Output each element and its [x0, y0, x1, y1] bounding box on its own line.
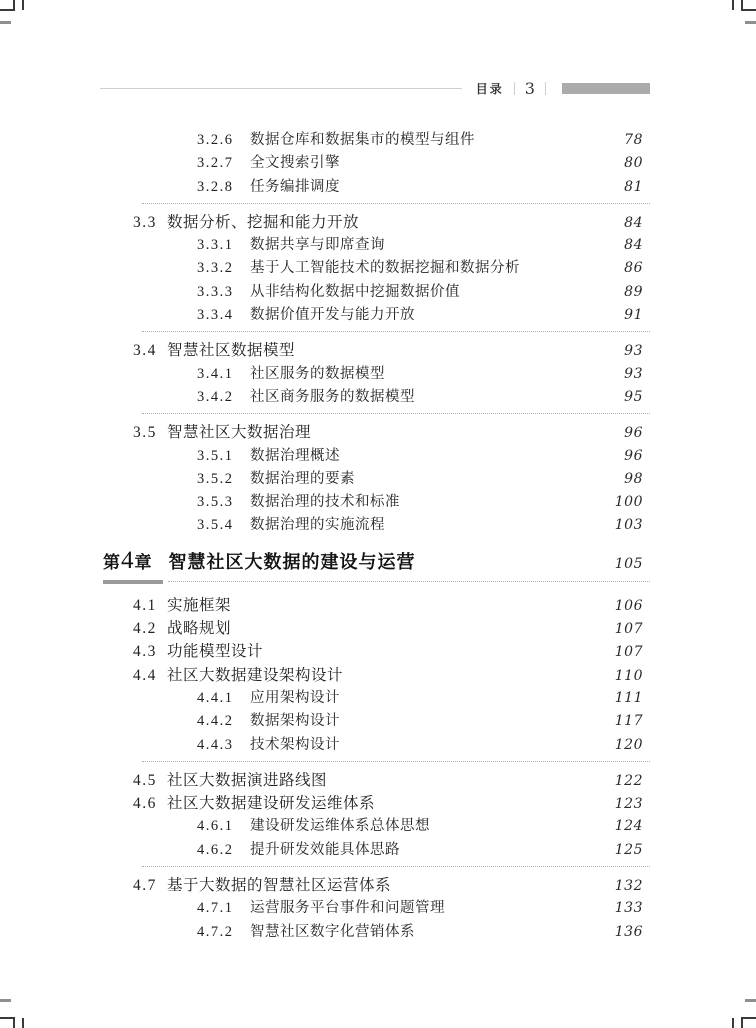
- toc-item-title: 数据分析、挖掘和能力开放: [167, 210, 359, 232]
- header-rule: [100, 88, 462, 89]
- toc-item-page: 98: [624, 471, 650, 487]
- toc-item-number: 3.2.8: [197, 179, 250, 196]
- toc-row: 3.5.4数据治理的实施流程103: [100, 513, 650, 536]
- group-separator: [142, 331, 650, 332]
- toc-item-title: 社区服务的数据模型: [250, 362, 385, 383]
- page-header: 目录 | 3 |: [100, 80, 650, 96]
- toc-row: 4.5社区大数据演进路线图122: [100, 768, 650, 791]
- toc-item-page: 93: [624, 343, 650, 359]
- chapter-page: 105: [615, 556, 650, 572]
- toc-item-title: 战略规划: [167, 616, 231, 638]
- toc-item-number: 4.7.1: [197, 900, 250, 917]
- toc-row: 4.4社区大数据建设架构设计110: [100, 663, 650, 686]
- toc-row: 4.7.2智慧社区数字化营销体系136: [100, 920, 650, 943]
- toc-item-number: 4.4.2: [197, 713, 250, 730]
- toc-row: 3.2.6数据仓库和数据集市的模型与组件78: [100, 128, 650, 151]
- toc-item-title: 智慧社区数据模型: [167, 338, 295, 360]
- header-gray-bar: [562, 83, 650, 94]
- toc-row: 4.7.1运营服务平台事件和问题管理133: [100, 896, 650, 919]
- group-separator: [142, 203, 650, 204]
- toc-item-title: 基于大数据的智慧社区运营体系: [167, 873, 391, 895]
- toc-row: 4.6.1建设研发运维体系总体思想124: [100, 814, 650, 837]
- toc-item-title: 数据治理概述: [250, 444, 340, 465]
- toc-item-number: 3.5.3: [197, 494, 250, 511]
- header-page-number: 3: [525, 79, 535, 98]
- toc-item-title: 基于人工智能技术的数据挖掘和数据分析: [250, 256, 520, 277]
- toc-item-title: 数据治理的实施流程: [250, 513, 385, 534]
- toc-item-number: 4.5: [133, 772, 167, 790]
- toc-item-title: 社区商务服务的数据模型: [250, 385, 415, 406]
- toc-page: 目录 | 3 | 3.2.6数据仓库和数据集市的模型与组件783.2.7全文搜索…: [0, 0, 756, 1028]
- chapter-number: 第4章: [103, 547, 152, 575]
- toc-item-title: 功能模型设计: [167, 639, 263, 661]
- toc-item-title: 数据治理的要素: [250, 467, 355, 488]
- toc-item-title: 数据治理的技术和标准: [250, 490, 400, 511]
- chapter-underline: [100, 579, 650, 585]
- toc-row: 3.3数据分析、挖掘和能力开放84: [100, 210, 650, 233]
- toc-item-page: 107: [615, 644, 650, 660]
- toc-item-page: 124: [615, 818, 650, 834]
- toc-item-page: 123: [615, 796, 650, 812]
- toc-row: 3.4智慧社区数据模型93: [100, 338, 650, 361]
- toc-item-number: 3.5.2: [197, 471, 250, 488]
- toc-item-page: 117: [615, 713, 650, 729]
- toc-item-title: 应用架构设计: [250, 686, 340, 707]
- chapter-number-digit: 4: [120, 547, 135, 574]
- toc-row: 3.5智慧社区大数据治理96: [100, 420, 650, 443]
- toc-item-title: 运营服务平台事件和问题管理: [250, 896, 445, 917]
- toc-row: 4.4.1应用架构设计111: [100, 686, 650, 709]
- toc-item-page: 100: [615, 494, 650, 510]
- toc-item-page: 78: [624, 132, 650, 148]
- toc-item-page: 95: [624, 389, 650, 405]
- header-section-label: 目录: [476, 80, 504, 97]
- toc-item-number: 3.3.1: [197, 237, 250, 254]
- toc-item-number: 3.3.3: [197, 284, 250, 301]
- toc-item-number: 3.3.4: [197, 307, 250, 324]
- chapter-heading: 第4章智慧社区大数据的建设与运营105: [100, 547, 650, 579]
- toc-row: 4.3功能模型设计107: [100, 639, 650, 662]
- toc-item-number: 3.4: [133, 342, 167, 360]
- toc-item-page: 125: [615, 842, 650, 858]
- toc-item-number: 4.6: [133, 795, 167, 813]
- toc-item-number: 3.5: [133, 424, 167, 442]
- toc-item-page: 91: [624, 307, 650, 323]
- toc-item-title: 技术架构设计: [250, 733, 340, 754]
- toc-item-number: 4.6.2: [197, 842, 250, 859]
- toc-item-number: 3.5.1: [197, 448, 250, 465]
- toc-row: 3.5.2数据治理的要素98: [100, 467, 650, 490]
- toc-item-page: 103: [615, 517, 650, 533]
- toc-row: 4.1实施框架106: [100, 593, 650, 616]
- toc-item-page: 107: [615, 621, 650, 637]
- toc-item-number: 4.6.1: [197, 818, 250, 835]
- toc-item-number: 3.2.7: [197, 155, 250, 172]
- header-separator: |: [545, 80, 547, 97]
- toc-row: 3.4.1社区服务的数据模型93: [100, 362, 650, 385]
- toc-item-title: 从非结构化数据中挖掘数据价值: [250, 280, 460, 301]
- toc-item-page: 111: [615, 690, 650, 706]
- toc-item-number: 4.3: [133, 643, 167, 661]
- toc-item-page: 110: [615, 668, 650, 684]
- header-separator: |: [513, 80, 515, 97]
- toc-item-page: 136: [615, 924, 650, 940]
- toc-item-title: 全文搜索引擎: [250, 151, 340, 172]
- toc-item-number: 3.5.4: [197, 517, 250, 534]
- toc-item-page: 80: [624, 155, 650, 171]
- toc-item-title: 社区大数据建设研发运维体系: [167, 791, 375, 813]
- toc-item-page: 84: [624, 237, 650, 253]
- toc-item-number: 4.4: [133, 667, 167, 685]
- toc-row: 3.2.8任务编排调度81: [100, 175, 650, 198]
- toc-item-number: 4.7: [133, 877, 167, 895]
- toc-item-page: 106: [615, 598, 650, 614]
- toc-item-number: 3.3: [133, 214, 167, 232]
- toc-item-number: 4.7.2: [197, 924, 250, 941]
- toc-item-page: 133: [615, 900, 650, 916]
- toc-item-page: 122: [615, 773, 650, 789]
- toc-row: 4.4.3技术架构设计120: [100, 733, 650, 756]
- toc-item-number: 3.3.2: [197, 260, 250, 277]
- toc-row: 4.6.2提升研发效能具体思路125: [100, 838, 650, 861]
- group-separator: [142, 413, 650, 414]
- toc-row: 4.4.2数据架构设计117: [100, 709, 650, 732]
- toc-item-number: 3.4.1: [197, 366, 250, 383]
- toc-item-title: 提升研发效能具体思路: [250, 838, 400, 859]
- toc-row: 4.6社区大数据建设研发运维体系123: [100, 791, 650, 814]
- toc-row: 3.5.3数据治理的技术和标准100: [100, 490, 650, 513]
- toc-item-title: 社区大数据建设架构设计: [167, 663, 343, 685]
- toc-item-page: 89: [624, 284, 650, 300]
- group-separator: [142, 866, 650, 867]
- toc-item-title: 建设研发运维体系总体思想: [250, 814, 430, 835]
- toc-item-number: 4.2: [133, 620, 167, 638]
- toc-content: 3.2.6数据仓库和数据集市的模型与组件783.2.7全文搜索引擎803.2.8…: [100, 128, 650, 943]
- toc-item-page: 132: [615, 878, 650, 894]
- toc-item-number: 3.4.2: [197, 389, 250, 406]
- toc-item-page: 96: [624, 425, 650, 441]
- toc-item-title: 数据共享与即席查询: [250, 233, 385, 254]
- toc-item-title: 数据价值开发与能力开放: [250, 303, 415, 324]
- group-separator: [142, 761, 650, 762]
- toc-row: 4.2战略规划107: [100, 616, 650, 639]
- toc-row: 3.3.3从非结构化数据中挖掘数据价值89: [100, 280, 650, 303]
- toc-row: 3.3.1数据共享与即席查询84: [100, 233, 650, 256]
- toc-item-number: 3.2.6: [197, 132, 250, 149]
- chapter-number-suffix: 章: [135, 553, 152, 572]
- toc-item-title: 数据架构设计: [250, 709, 340, 730]
- toc-item-title: 智慧社区大数据治理: [167, 420, 311, 442]
- toc-item-page: 84: [624, 215, 650, 231]
- toc-item-title: 任务编排调度: [250, 175, 340, 196]
- toc-item-title: 实施框架: [167, 593, 231, 615]
- chapter-underline-dots: [168, 581, 650, 582]
- toc-row: 3.4.2社区商务服务的数据模型95: [100, 385, 650, 408]
- toc-item-page: 93: [624, 366, 650, 382]
- toc-row: 4.7基于大数据的智慧社区运营体系132: [100, 873, 650, 896]
- chapter-title: 智慧社区大数据的建设与运营: [169, 548, 416, 574]
- toc-row: 3.3.4数据价值开发与能力开放91: [100, 303, 650, 326]
- toc-row: 3.5.1数据治理概述96: [100, 444, 650, 467]
- toc-item-title: 数据仓库和数据集市的模型与组件: [250, 128, 475, 149]
- toc-row: 3.3.2基于人工智能技术的数据挖掘和数据分析86: [100, 256, 650, 279]
- toc-item-number: 4.4.3: [197, 737, 250, 754]
- toc-item-page: 96: [624, 448, 650, 464]
- toc-item-page: 86: [624, 260, 650, 276]
- toc-item-title: 智慧社区数字化营销体系: [250, 920, 415, 941]
- toc-item-number: 4.1: [133, 597, 167, 615]
- toc-item-number: 4.4.1: [197, 690, 250, 707]
- chapter-number-prefix: 第: [103, 553, 120, 572]
- toc-item-page: 81: [624, 179, 650, 195]
- toc-row: 3.2.7全文搜索引擎80: [100, 151, 650, 174]
- toc-item-title: 社区大数据演进路线图: [167, 768, 327, 790]
- chapter-underline-bar: [103, 580, 163, 584]
- toc-item-page: 120: [615, 737, 650, 753]
